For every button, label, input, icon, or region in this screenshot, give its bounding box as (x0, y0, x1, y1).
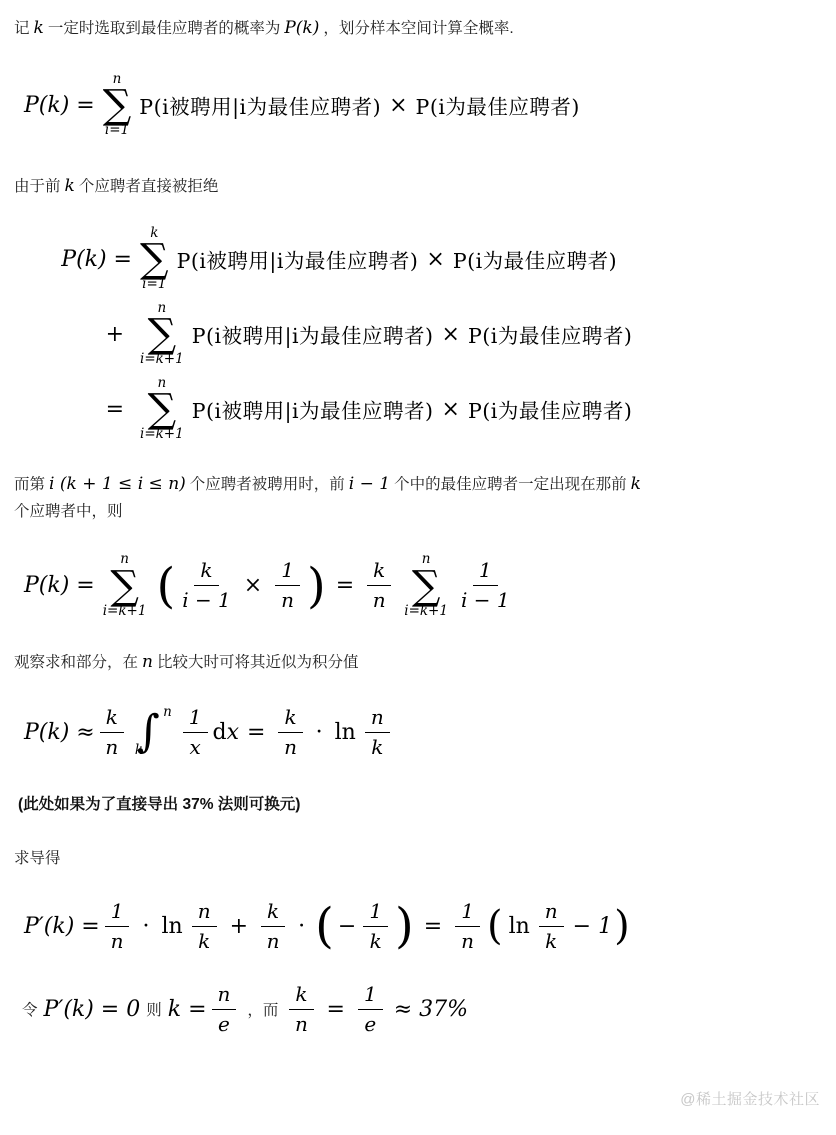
fraction-k-over-n: k n (100, 705, 124, 760)
numerator: n (539, 899, 564, 927)
probability-term: P(i为最佳应聘者) (468, 394, 632, 424)
formula-split-sum: P(k) = k ∑ i=1 P(i被聘用|i为最佳应聘者) × P(i为最佳应… (14, 227, 820, 442)
equals-operator: = (424, 914, 442, 939)
fraction-n-over-k: n k (539, 899, 564, 954)
paragraph-rejection: 由于前k个应聘者直接被拒绝 (14, 172, 820, 201)
numerator: 1 (105, 899, 130, 927)
integral-lower-limit: k (135, 742, 143, 758)
fraction-1-over-n: 1 n (105, 899, 130, 954)
numerator: k (367, 558, 391, 586)
numerator: n (192, 899, 217, 927)
inline-math-pk: P(k) (280, 18, 323, 38)
fraction-1-over-k: 1 k (363, 899, 388, 954)
sum-lower-limit: i=k+1 (103, 605, 147, 619)
inline-math-n: n (138, 652, 157, 672)
denominator: e (364, 1010, 376, 1037)
ln-function: ln (509, 914, 530, 939)
text-run: 个应聘者直接被拒绝 (79, 178, 219, 195)
text-run: 比较大时可将其近似为积分值 (157, 654, 359, 671)
equals-operator: = (247, 720, 265, 745)
numerator: k (289, 982, 313, 1010)
text-run: 个中的最佳应聘者一定出现在那前 (394, 476, 627, 493)
text-run: 记 (14, 20, 30, 37)
times-operator: × (426, 247, 444, 272)
denominator: k (370, 927, 382, 954)
math-derivative-zero: P′(k) = 0 (44, 997, 141, 1022)
probability-term: P(i为最佳应聘者) (416, 90, 580, 120)
sigma-symbol: ∑ (148, 315, 177, 353)
denominator: n (267, 927, 280, 954)
probability-term: P(i被聘用|i为最佳应聘者) (177, 244, 419, 274)
fraction-k-over-n: k n (367, 558, 391, 613)
sum-lower-limit: i=k+1 (404, 605, 448, 619)
text-run: 令 (22, 998, 38, 1020)
fraction-1-over-i-1: 1 i − 1 (461, 558, 510, 613)
sum-lower-limit: i=k+1 (140, 428, 184, 442)
denominator: n (461, 927, 474, 954)
approx-37-percent: ≈ 37% (394, 997, 468, 1022)
ln-function: ln (161, 914, 182, 939)
minus-one: − 1 (573, 914, 612, 939)
dot-operator: · (316, 720, 323, 745)
left-paren: ( (487, 906, 503, 946)
math-lhs: P(k) ≈ (24, 720, 95, 745)
inline-math-k: k (61, 176, 79, 196)
numerator: k (278, 705, 302, 733)
denominator: n (373, 586, 386, 613)
formula-sum-fractions: P(k) = n ∑ i=k+1 ( k i − 1 × 1 n ) = k n… (24, 553, 820, 618)
fraction-1-over-x: 1 x (183, 705, 208, 760)
formula-row-2: + n ∑ i=k+1 P(i被聘用|i为最佳应聘者) × P(i为最佳应聘者) (14, 302, 820, 367)
formula-conclusion: 令 P′(k) = 0 则 k = n e ，而 k n = 1 e ≈ 37% (16, 982, 820, 1037)
text-run: 观察求和部分，在 (14, 654, 138, 671)
denominator: n (281, 586, 294, 613)
denominator: n (295, 1010, 308, 1037)
sum-lower-limit: i=1 (142, 278, 166, 292)
equals-operator: = (336, 573, 354, 598)
integral-upper-limit: n (163, 704, 172, 720)
denominator: k (545, 927, 557, 954)
numerator: 1 (363, 899, 388, 927)
times-operator: × (389, 93, 407, 118)
right-paren: ) (307, 562, 326, 610)
fraction-k-over-n: k n (278, 705, 302, 760)
minus-operator: − (338, 914, 356, 939)
denominator: k (371, 733, 383, 760)
text-run: 则 (146, 998, 162, 1020)
math-k-equals: k = (168, 997, 207, 1022)
fraction-k-over-n: k n (261, 899, 285, 954)
text-run: 个应聘者中，则 (14, 503, 123, 520)
numerator: n (212, 982, 237, 1010)
fraction-1-over-n: 1 n (455, 899, 480, 954)
inline-math-k: k (30, 18, 48, 38)
times-operator: × (442, 397, 460, 422)
math-lhs: P(k) = (24, 573, 95, 598)
text-run: ，划分样本空间计算全概率. (323, 20, 513, 37)
numerator: k (261, 899, 285, 927)
summation: k ∑ i=1 (140, 227, 169, 292)
math-lhs: P(k) = (61, 247, 132, 272)
denominator: e (218, 1010, 230, 1037)
watermark: @稀土掘金技术社区 (680, 1088, 820, 1109)
fraction-1-over-n: 1 n (275, 558, 300, 613)
document-page: { "symbols": { "sum": "∑", "integral": "… (0, 0, 836, 1135)
article-content: 记k一定时选取到最佳应聘者的概率为P(k)，划分样本空间计算全概率. P(k) … (0, 0, 836, 1037)
formula-derivative: P′(k) = 1 n · ln n k + k n · ( − 1 k ) =… (24, 899, 820, 954)
summation: n ∑ i=k+1 (140, 302, 184, 367)
numerator: 1 (358, 982, 383, 1010)
fraction-n-over-k: n k (192, 899, 217, 954)
numerator: 1 (275, 558, 300, 586)
fraction-n-over-e: n e (212, 982, 237, 1037)
denominator: k (198, 927, 210, 954)
numerator: n (365, 705, 390, 733)
variable-x: x (227, 720, 239, 745)
summation: n ∑ i=k+1 (103, 553, 147, 618)
numerator: 1 (455, 899, 480, 927)
paragraph-hired-case: 而第i (k + 1 ≤ i ≤ n)个应聘者被聘用时，前i − 1个中的最佳应… (14, 470, 820, 525)
numerator: 1 (183, 705, 208, 733)
right-paren: ) (614, 906, 630, 946)
sigma-symbol: ∑ (412, 567, 441, 605)
summation: n ∑ i=k+1 (404, 553, 448, 618)
dot-operator: · (142, 914, 149, 939)
math-lhs: P(k) = (24, 93, 95, 118)
sum-lower-limit: i=1 (105, 124, 129, 138)
plus-operator: + (106, 322, 124, 347)
denominator: i − 1 (461, 586, 510, 613)
times-operator: × (442, 322, 460, 347)
denominator: i − 1 (182, 586, 231, 613)
fraction-n-over-k: n k (365, 705, 390, 760)
formula-row-1: P(k) = k ∑ i=1 P(i被聘用|i为最佳应聘者) × P(i为最佳应… (14, 227, 820, 292)
denominator: n (105, 733, 118, 760)
paragraph-note-37: (此处如果为了直接导出 37% 法则可换元) (18, 792, 820, 818)
fraction-1-over-e: 1 e (358, 982, 383, 1037)
ln-function: ln (335, 720, 356, 745)
inline-math-range: i (k + 1 ≤ i ≤ n) (45, 474, 190, 494)
left-paren: ( (156, 562, 175, 610)
sigma-symbol: ∑ (103, 86, 132, 124)
plus-operator: + (230, 914, 248, 939)
formula-row-3: = n ∑ i=k+1 P(i被聘用|i为最佳应聘者) × P(i为最佳应聘者) (14, 377, 820, 442)
paragraph-intro: 记k一定时选取到最佳应聘者的概率为P(k)，划分样本空间计算全概率. (14, 14, 820, 43)
numerator: 1 (473, 558, 498, 586)
inline-math-i-minus-1: i − 1 (345, 474, 394, 494)
text-run: 个应聘者被聘用时，前 (190, 476, 345, 493)
paragraph-derivative: 求导得 (14, 846, 820, 872)
fraction-k-over-n: k n (289, 982, 313, 1037)
paragraph-approximation: 观察求和部分，在n比较大时可将其近似为积分值 (14, 648, 820, 677)
probability-term: P(i被聘用|i为最佳应聘者) (192, 319, 434, 349)
probability-term: P(i被聘用|i为最佳应聘者) (192, 394, 434, 424)
summation: n ∑ i=1 (103, 73, 132, 138)
dot-operator: · (298, 914, 305, 939)
summation: n ∑ i=k+1 (140, 377, 184, 442)
text-run: 而第 (14, 476, 45, 493)
probability-term: P(i为最佳应聘者) (468, 319, 632, 349)
denominator: x (190, 733, 201, 760)
integral: ∫ n k (137, 710, 160, 754)
denominator: n (111, 927, 124, 954)
sigma-symbol: ∑ (110, 567, 139, 605)
formula-total-probability: P(k) = n ∑ i=1 P(i被聘用|i为最佳应聘者) × P(i为最佳应… (24, 73, 820, 138)
formula-integral: P(k) ≈ k n ∫ n k 1 x dx = k n · ln n k (24, 705, 820, 760)
fraction-k-over-i-1: k i − 1 (182, 558, 231, 613)
sigma-symbol: ∑ (140, 240, 169, 278)
differential-d: d (213, 720, 227, 745)
text-run: 由于前 (14, 178, 61, 195)
sum-lower-limit: i=k+1 (140, 353, 184, 367)
sigma-symbol: ∑ (148, 390, 177, 428)
times-operator: × (244, 573, 262, 598)
equals-operator: = (106, 397, 124, 422)
right-paren: ) (395, 902, 414, 950)
left-paren: ( (315, 902, 334, 950)
equals-operator: = (327, 997, 345, 1022)
text-run: ，而 (247, 998, 278, 1020)
numerator: k (100, 705, 124, 733)
probability-term: P(i被聘用|i为最佳应聘者) (139, 90, 381, 120)
text-run: 一定时选取到最佳应聘者的概率为 (48, 20, 281, 37)
probability-term: P(i为最佳应聘者) (453, 244, 617, 274)
inline-math-k: k (627, 474, 645, 494)
numerator: k (194, 558, 218, 586)
math-lhs: P′(k) = (24, 914, 100, 939)
denominator: n (284, 733, 297, 760)
